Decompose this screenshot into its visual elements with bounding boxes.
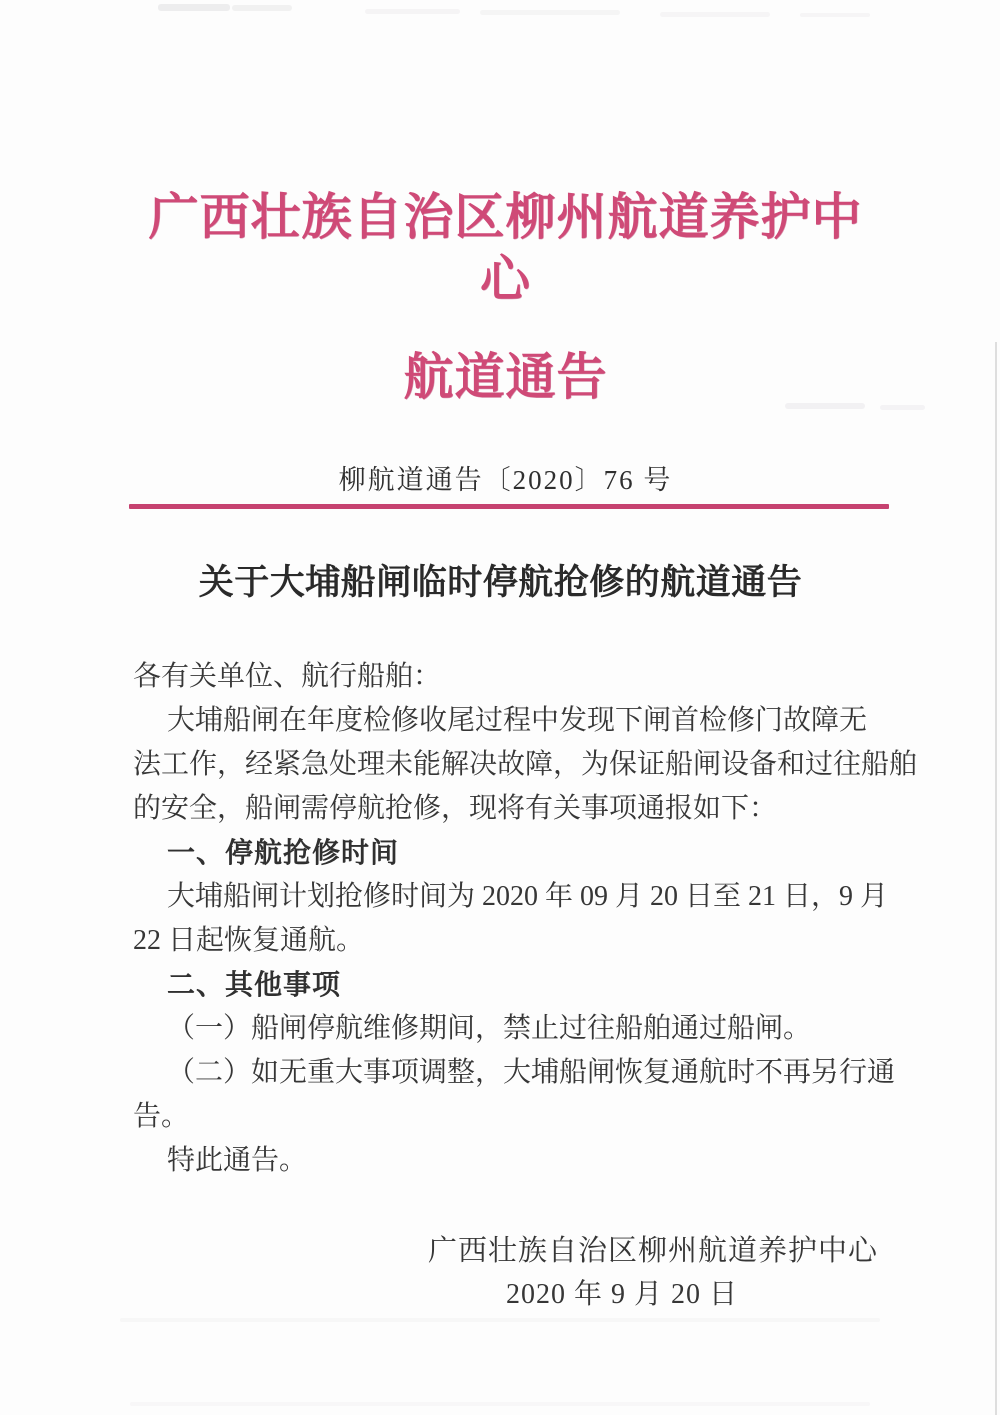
letterhead-divider-rule xyxy=(129,504,889,509)
scan-artifact xyxy=(158,4,230,11)
scan-artifact xyxy=(232,5,292,11)
notice-body: 各有关单位、航行船舶： 大埔船闸在年度检修收尾过程中发现下闸首检修门故障无 法工… xyxy=(133,655,878,1183)
signature-block: 广西壮族自治区柳州航道养护中心 2020 年 9 月 20 日 xyxy=(133,1229,878,1317)
scan-artifact xyxy=(130,1402,870,1406)
paragraph-line: 22 日起恢复通航。 xyxy=(133,919,878,963)
section-1-heading: 一、停航抢修时间 xyxy=(133,831,878,875)
paragraph-line: （一）船闸停航维修期间，禁止过往船舶通过船闸。 xyxy=(133,1007,878,1051)
notice-document-page: 广西壮族自治区柳州航道养护中心 航道通告 柳航道通告〔2020〕76 号 关于大… xyxy=(0,0,1000,1415)
letterhead-org-name: 广西壮族自治区柳州航道养护中心 xyxy=(133,186,878,310)
paragraph-line: 告。 xyxy=(133,1095,878,1139)
paragraph-line: 大埔船闸计划抢修时间为 2020 年 09 月 20 日至 21 日，9 月 xyxy=(133,875,878,919)
document-content: 广西壮族自治区柳州航道养护中心 航道通告 柳航道通告〔2020〕76 号 关于大… xyxy=(0,186,1000,1317)
paragraph-line: 的安全，船闸需停航抢修，现将有关事项通报如下： xyxy=(133,787,878,831)
salutation-line: 各有关单位、航行船舶： xyxy=(133,655,878,699)
scan-artifact xyxy=(800,13,870,17)
closing-line: 特此通告。 xyxy=(133,1139,878,1183)
section-2-heading: 二、其他事项 xyxy=(133,963,878,1007)
notice-title: 关于大埔船闸临时停航抢修的航道通告 xyxy=(103,559,898,607)
document-number: 柳航道通告〔2020〕76 号 xyxy=(133,464,878,496)
scan-artifact xyxy=(120,1318,880,1322)
scan-artifact xyxy=(660,12,770,17)
paragraph-line: 法工作，经紧急处理未能解决故障，为保证船闸设备和过往船舶 xyxy=(133,743,878,787)
signature-date: 2020 年 9 月 20 日 xyxy=(506,1273,738,1317)
paragraph-line: （二）如无重大事项调整，大埔船闸恢复通航时不再另行通 xyxy=(133,1051,878,1095)
signature-org-name: 广西壮族自治区柳州航道养护中心 xyxy=(428,1229,878,1273)
scan-artifact xyxy=(365,9,460,14)
letterhead-doc-type: 航道通告 xyxy=(133,346,878,408)
scan-artifact xyxy=(480,10,620,15)
paragraph-line: 大埔船闸在年度检修收尾过程中发现下闸首检修门故障无 xyxy=(133,699,878,743)
